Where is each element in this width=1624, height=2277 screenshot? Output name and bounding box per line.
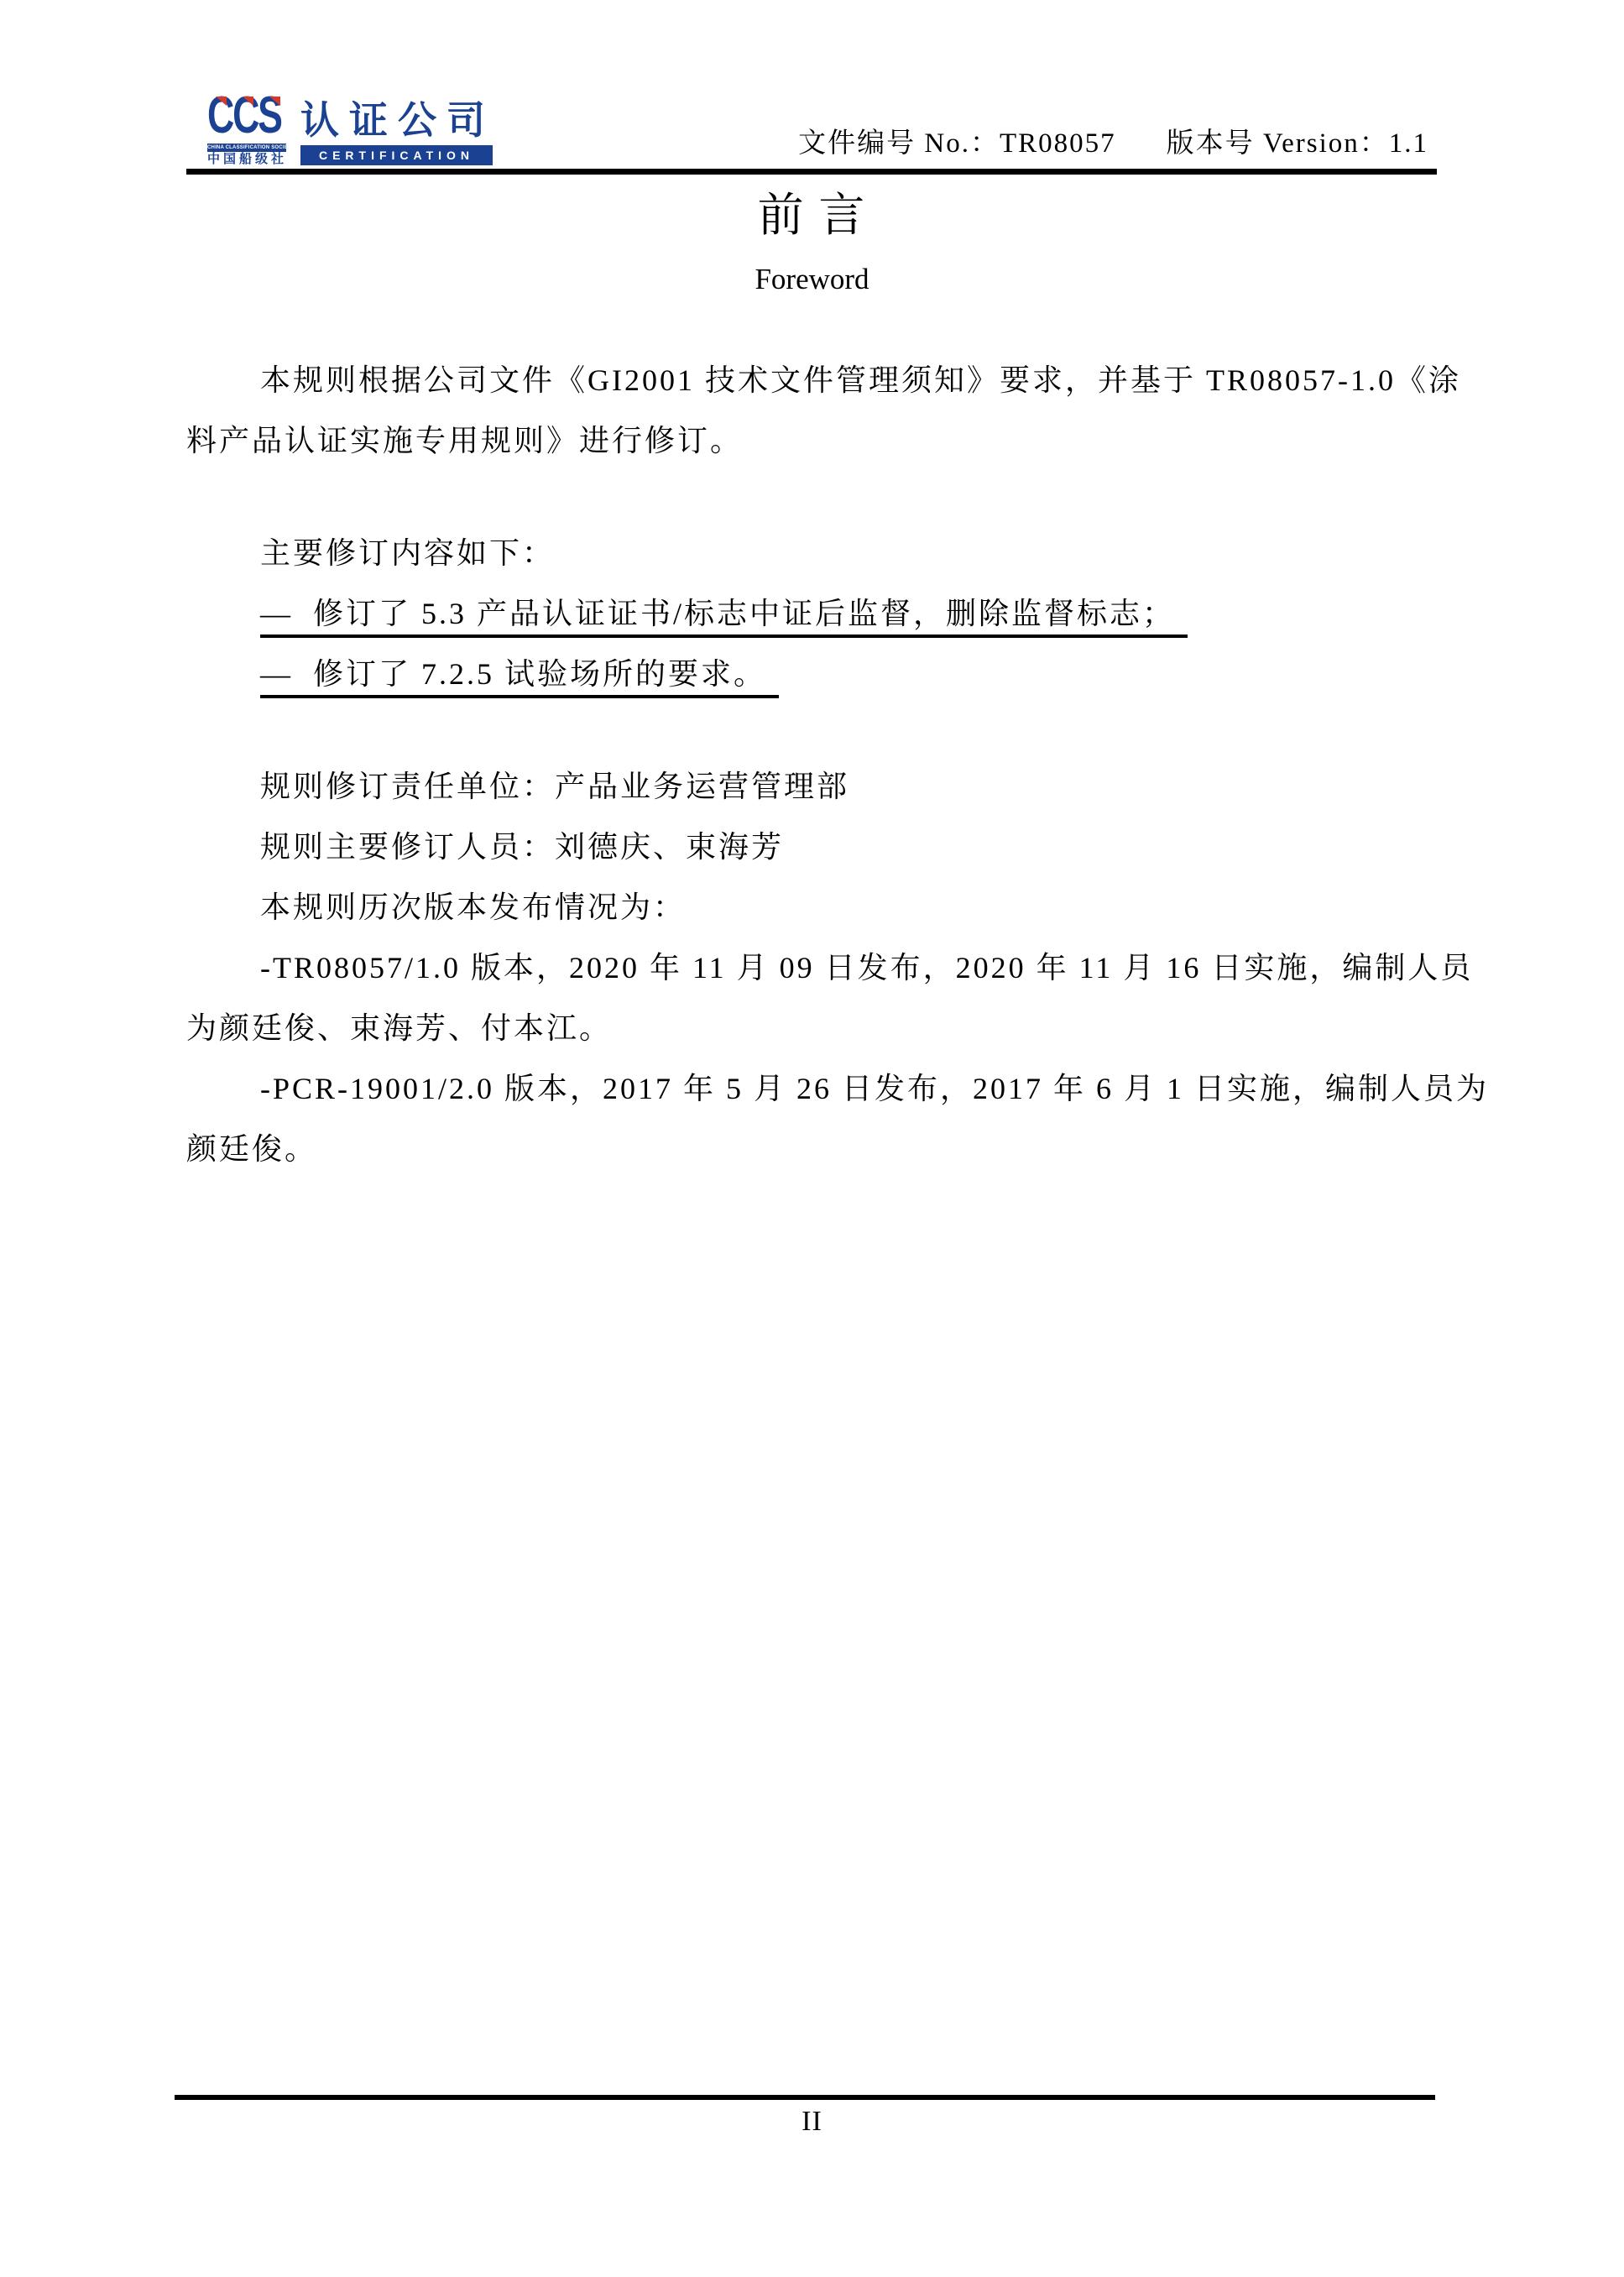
revisers-line: 规则主要修订人员：刘德庆、束海芳 (186, 817, 1462, 877)
ccs-logo-subtitle-cn: 中国船级社 (207, 153, 286, 166)
paragraph-line: 本规则根据公司文件《GI2001 技术文件管理须知》要求，并基于 TR08057… (186, 350, 1462, 410)
blank-line (186, 704, 1462, 756)
document-body: 本规则根据公司文件《GI2001 技术文件管理须知》要求，并基于 TR08057… (186, 350, 1462, 1179)
paragraph-line: 料产品认证实施专用规则》进行修订。 (186, 410, 1462, 471)
page-number: II (0, 2105, 1624, 2139)
revision-intro-line: 主要修订内容如下： (186, 523, 1462, 583)
logo-company-name-cn: 认证公司 (300, 101, 495, 139)
history-line: -PCR-19001/2.0 版本，2017 年 5 月 26 日发布，2017… (186, 1058, 1462, 1119)
revision-bullet-text: — 修订了 7.2.5 试验场所的要求。 (260, 657, 779, 698)
header-divider (186, 169, 1437, 175)
logo-certification-label: CERTIFICATION (300, 145, 493, 165)
revision-bullet: — 修订了 5.3 产品认证证书/标志中证后监督，删除监督标志； (186, 583, 1462, 644)
doc-number: 文件编号 No.：TR08057 (798, 126, 1116, 161)
doc-version: 版本号 Version：1.1 (1167, 126, 1428, 161)
history-line: 为颜廷俊、束海芳、付本江。 (186, 998, 1462, 1058)
ccs-logo: CCS CHINA CLASSIFICATION SOCIETY 中国船级社 认… (207, 95, 497, 170)
history-line: 颜廷俊。 (186, 1119, 1462, 1179)
responsible-unit-line: 规则修订责任单位：产品业务运营管理部 (186, 756, 1462, 817)
blank-line (186, 471, 1462, 523)
page-title-en: Foreword (0, 263, 1624, 296)
ccs-logo-subtitle-en: CHINA CLASSIFICATION SOCIETY (207, 144, 286, 152)
history-intro-line: 本规则历次版本发布情况为： (186, 877, 1462, 937)
history-line: -TR08057/1.0 版本，2020 年 11 月 09 日发布，2020 … (186, 937, 1462, 998)
document-meta: 文件编号 No.：TR08057 版本号 Version：1.1 (798, 126, 1428, 161)
revision-bullet-text: — 修订了 5.3 产品认证证书/标志中证后监督，删除监督标志； (260, 597, 1188, 638)
revision-bullet: — 修订了 7.2.5 试验场所的要求。 (186, 644, 1462, 704)
document-page: CCS CHINA CLASSIFICATION SOCIETY 中国船级社 认… (0, 0, 1624, 2277)
page-title-cn: 前 言 (0, 190, 1624, 242)
footer-divider (175, 2095, 1435, 2100)
